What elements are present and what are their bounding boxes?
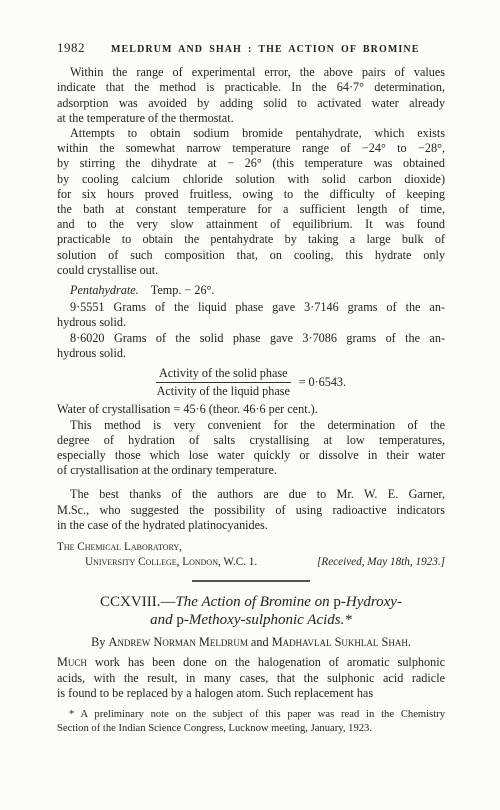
paragraph-pentahydrate-attempts: Attempts to obtain sodium bromide pentah… — [57, 126, 445, 278]
signature-block: The Chemical Laboratory, University Coll… — [57, 540, 445, 569]
author-1: Andrew Norman Meldrum — [109, 635, 248, 649]
text-line: This method is very convenient for the d… — [57, 418, 445, 433]
college-name: University College, London, W.C. 1. — [85, 555, 257, 570]
fraction: Activity of the solid phase Activity of … — [156, 366, 291, 399]
equation-result: = 0·6543. — [299, 375, 347, 390]
laboratory-name: The Chemical Laboratory, — [57, 540, 445, 555]
text-line: adsorption was avoided by adding solid t… — [57, 96, 445, 111]
text-line: hydrous solid. — [57, 315, 445, 330]
text-line: the bath at constant temperature for a s… — [57, 202, 445, 217]
page-number: 1982 — [57, 40, 85, 55]
text-line: in the case of the hydrated platinocyani… — [57, 518, 445, 533]
paragraph-experimental-error: Within the range of experimental error, … — [57, 65, 445, 126]
page-content: 1982 MELDRUM AND SHAH : THE ACTION OF BR… — [57, 40, 445, 735]
article-title-line1: CCXVIII.—The Action of Bromine on p-Hydr… — [57, 593, 445, 611]
article-title: CCXVIII.—The Action of Bromine on p-Hydr… — [57, 593, 445, 629]
pentahydrate-temperature: Temp. − 26°. — [151, 283, 215, 297]
text-line: Much work has been done on the halogenat… — [57, 655, 445, 670]
received-date: [Received, May 18th, 1923.] — [317, 555, 445, 570]
text-line: Water of crystallisation = 45·6 (theor. … — [57, 402, 445, 417]
footnote: * A preliminary note on the subject of t… — [57, 708, 445, 735]
text-line: is found to be replaced by a halogen ato… — [57, 686, 445, 701]
byline-conjunction: and — [248, 635, 272, 649]
paragraph-method-convenient: This method is very convenient for the d… — [57, 418, 445, 479]
text-line: within the somewhat narrow temperature r… — [57, 141, 445, 156]
journal-page: 1982 MELDRUM AND SHAH : THE ACTION OF BR… — [0, 0, 500, 810]
pentahydrate-heading: Pentahydrate. Temp. − 26°. — [57, 283, 445, 298]
text-line: could crystallise out. — [57, 263, 445, 278]
author-2: Madhavlal Sukhlal Shah — [272, 635, 408, 649]
text-line: 9·5551 Grams of the liquid phase gave 3·… — [57, 300, 445, 315]
title-text: and — [150, 612, 176, 628]
title-text: The Action of Bromine on — [175, 594, 333, 610]
opening-paragraph: Much work has been done on the halogenat… — [57, 655, 445, 701]
article-number: CCXVIII.— — [100, 594, 175, 610]
title-text: -Methoxy-sulphonic Acids.* — [184, 612, 352, 628]
text-line: The best thanks of the authors are due t… — [57, 487, 445, 502]
line-rest: work has been done on the halogenation o… — [87, 655, 445, 669]
title-text: -Hydroxy- — [341, 594, 402, 610]
byline-prefix: By — [91, 635, 108, 649]
para-locant: p — [333, 594, 341, 610]
text-line: especially those which lose water quickl… — [57, 448, 445, 463]
running-title: MELDRUM AND SHAH : THE ACTION OF BROMINE — [111, 42, 419, 57]
text-line: acids, with the result, in many cases, t… — [57, 671, 445, 686]
lead-word: Much — [57, 655, 87, 669]
pentahydrate-label: Pentahydrate. — [70, 283, 139, 297]
text-line: Within the range of experimental error, … — [57, 65, 445, 80]
paragraph-water-of-crystallisation: Water of crystallisation = 45·6 (theor. … — [57, 402, 445, 417]
text-line: * A preliminary note on the subject of t… — [57, 708, 445, 722]
text-line: degree of hydration of salts crystallisi… — [57, 433, 445, 448]
text-line: M.Sc., who suggested the possibility of … — [57, 503, 445, 518]
paragraph-liquid-phase: 9·5551 Grams of the liquid phase gave 3·… — [57, 300, 445, 330]
text-line: hydrous solid. — [57, 346, 445, 361]
text-line: and to the very slow attainment of equil… — [57, 217, 445, 232]
fraction-numerator: Activity of the solid phase — [156, 366, 291, 383]
text-line: solution of such composition that, on co… — [57, 248, 445, 263]
text-line: Section of the Indian Science Congress, … — [57, 722, 445, 736]
running-header: 1982 MELDRUM AND SHAH : THE ACTION OF BR… — [57, 40, 445, 57]
article-separator-rule — [192, 580, 310, 582]
byline-period: . — [408, 635, 411, 649]
text-line: by cooling calcium chloride solution wit… — [57, 172, 445, 187]
paragraph-solid-phase: 8·6020 Grams of the solid phase gave 3·7… — [57, 331, 445, 361]
text-line: 8·6020 Grams of the solid phase gave 3·7… — [57, 331, 445, 346]
text-line: at the temperature of the thermostat. — [57, 111, 445, 126]
activity-ratio-equation: Activity of the solid phase Activity of … — [57, 366, 445, 399]
text-line: Attempts to obtain sodium bromide pentah… — [57, 126, 445, 141]
text-line: of crystallisation at the ordinary tempe… — [57, 463, 445, 478]
text-line: by stirring the dihydrate at − 26° (this… — [57, 156, 445, 171]
fraction-denominator: Activity of the liquid phase — [156, 383, 291, 399]
article-title-line2: and p-Methoxy-sulphonic Acids.* — [57, 611, 445, 629]
byline: By Andrew Norman Meldrum and Madhavlal S… — [57, 635, 445, 650]
text-line: practicable to obtain the pentahydrate b… — [57, 232, 445, 247]
para-locant: p — [176, 612, 184, 628]
paragraph-acknowledgement: The best thanks of the authors are due t… — [57, 487, 445, 533]
college-line: University College, London, W.C. 1. [Rec… — [85, 555, 445, 570]
text-line: indicate that the method is practicable.… — [57, 80, 445, 95]
text-line: for six hours proved fruitless, owing to… — [57, 187, 445, 202]
